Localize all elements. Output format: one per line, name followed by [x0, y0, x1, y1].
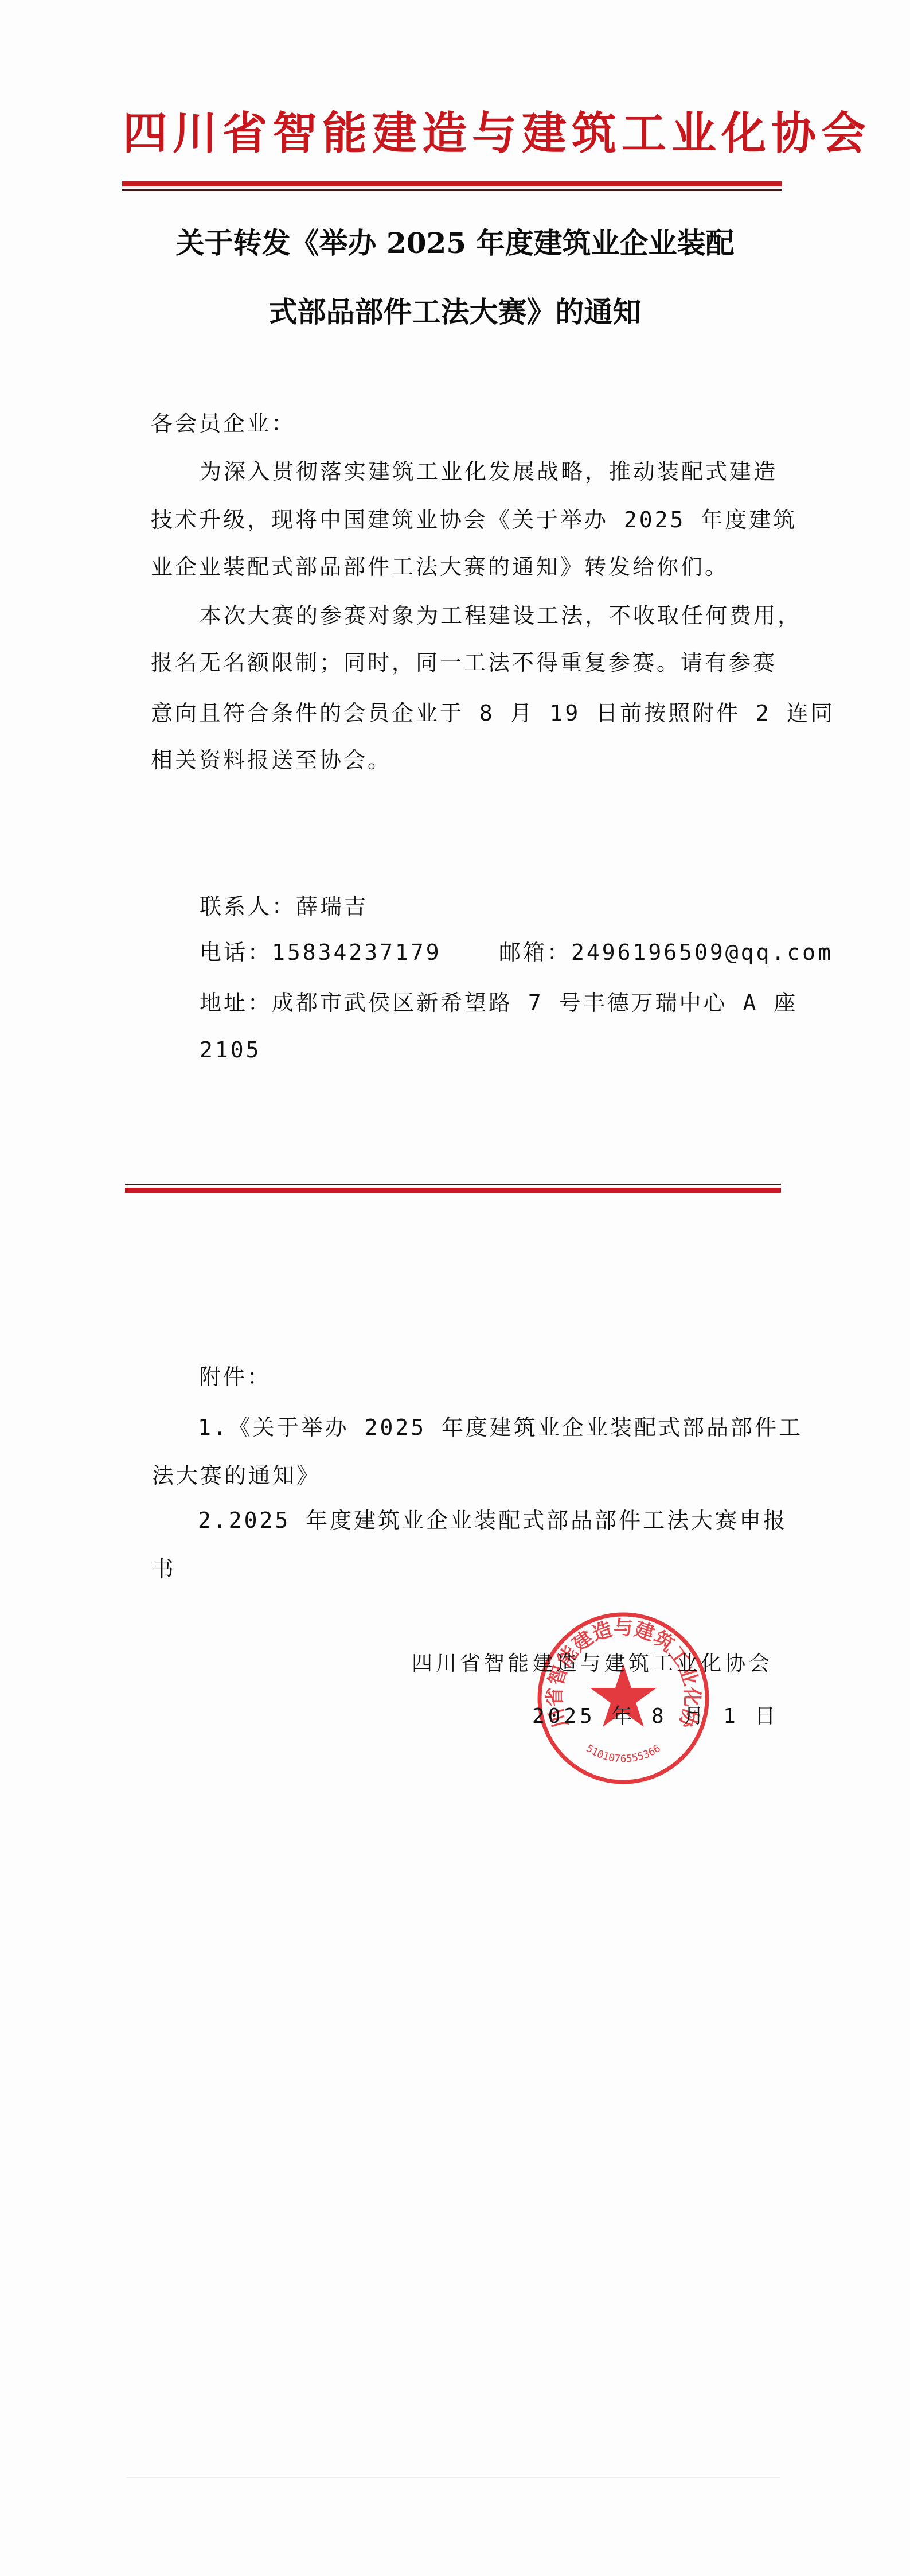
contact-email-address[interactable]: 2496196509@qq.com — [571, 940, 833, 965]
contact-address: 地址：成都市武侯区新希望路 7 号丰德万瑞中心 A 座 — [200, 989, 798, 1017]
faint-scan-line — [126, 2477, 780, 2478]
contact-phone: 电话：15834237179 — [200, 939, 442, 966]
divider-thin-dark — [122, 189, 782, 191]
paragraph-1-line-2: 技术升级，现将中国建筑业协会《关于举办 2025 年度建筑 — [151, 506, 797, 534]
official-seal: 四川省智能建造与建筑工业化协会 5101076555366 — [536, 1611, 710, 1785]
contact-phone-number[interactable]: 15834237179 — [272, 940, 442, 965]
paragraph-2-line-1: 本次大赛的参赛对象为工程建设工法，不收取任何费用， — [200, 602, 802, 629]
attachment-2-line-1: 2.2025 年度建筑业企业装配式部品部件工法大赛申报 — [198, 1507, 787, 1534]
paragraph-1-line-1: 为深入贯彻落实建筑工业化发展战略，推动装配式建造 — [200, 458, 778, 485]
attachment-2-line-2: 书 — [152, 1555, 176, 1583]
contact-address-line-2: 2105 — [200, 1036, 261, 1064]
divider-thick-red — [125, 1188, 781, 1193]
attachment-1-line-2: 法大赛的通知》 — [152, 1462, 321, 1489]
contact-email-label: 邮箱： — [499, 940, 571, 965]
divider-thick-red — [122, 181, 782, 186]
signature-organization: 四川省智能建造与建筑工业化协会 — [412, 1650, 773, 1678]
document-title-line-1: 关于转发《举办 2025 年度建筑业企业装配 — [0, 225, 910, 262]
section-divider — [125, 1182, 781, 1194]
contact-person-name: 薛瑞吉 — [296, 894, 368, 919]
svg-text:5101076555366: 5101076555366 — [584, 1742, 663, 1765]
divider-thin-dark — [125, 1184, 781, 1185]
contact-person-label: 联系人： — [200, 894, 296, 919]
letterhead-organization: 四川省智能建造与建筑工业化协会 — [123, 108, 776, 159]
paragraph-2-line-2: 报名无名额限制；同时，同一工法不得重复参赛。请有参赛 — [151, 649, 777, 676]
seal-serial: 5101076555366 — [584, 1742, 663, 1765]
contact-email: 邮箱：2496196509@qq.com — [499, 939, 833, 966]
attachment-1-line-1: 1.《关于举办 2025 年度建筑业企业装配式部品部件工 — [198, 1414, 803, 1441]
contact-address-label: 地址： — [200, 990, 272, 1015]
attachments-label: 附件： — [199, 1363, 271, 1391]
salutation: 各会员企业： — [151, 410, 295, 437]
paragraph-1-line-3: 业企业装配式部品部件工法大赛的通知》转发给你们。 — [151, 553, 729, 581]
document-page: 四川省智能建造与建筑工业化协会 关于转发《举办 2025 年度建筑业企业装配 式… — [0, 0, 910, 2576]
contact-address-line-1: 成都市武侯区新希望路 7 号丰德万瑞中心 A 座 — [272, 990, 798, 1015]
contact-person: 联系人：薛瑞吉 — [200, 893, 368, 920]
paragraph-2-line-4: 相关资料报送至协会。 — [151, 746, 392, 774]
contact-phone-label: 电话： — [200, 940, 272, 965]
letterhead-divider — [122, 181, 782, 193]
paragraph-2-line-3: 意向且符合条件的会员企业于 8 月 19 日前按照附件 2 连同 — [151, 699, 835, 727]
signature-date: 2025 年 8 月 1 日 — [532, 1703, 779, 1730]
document-title-line-2: 式部品部件工法大赛》的通知 — [0, 294, 910, 330]
